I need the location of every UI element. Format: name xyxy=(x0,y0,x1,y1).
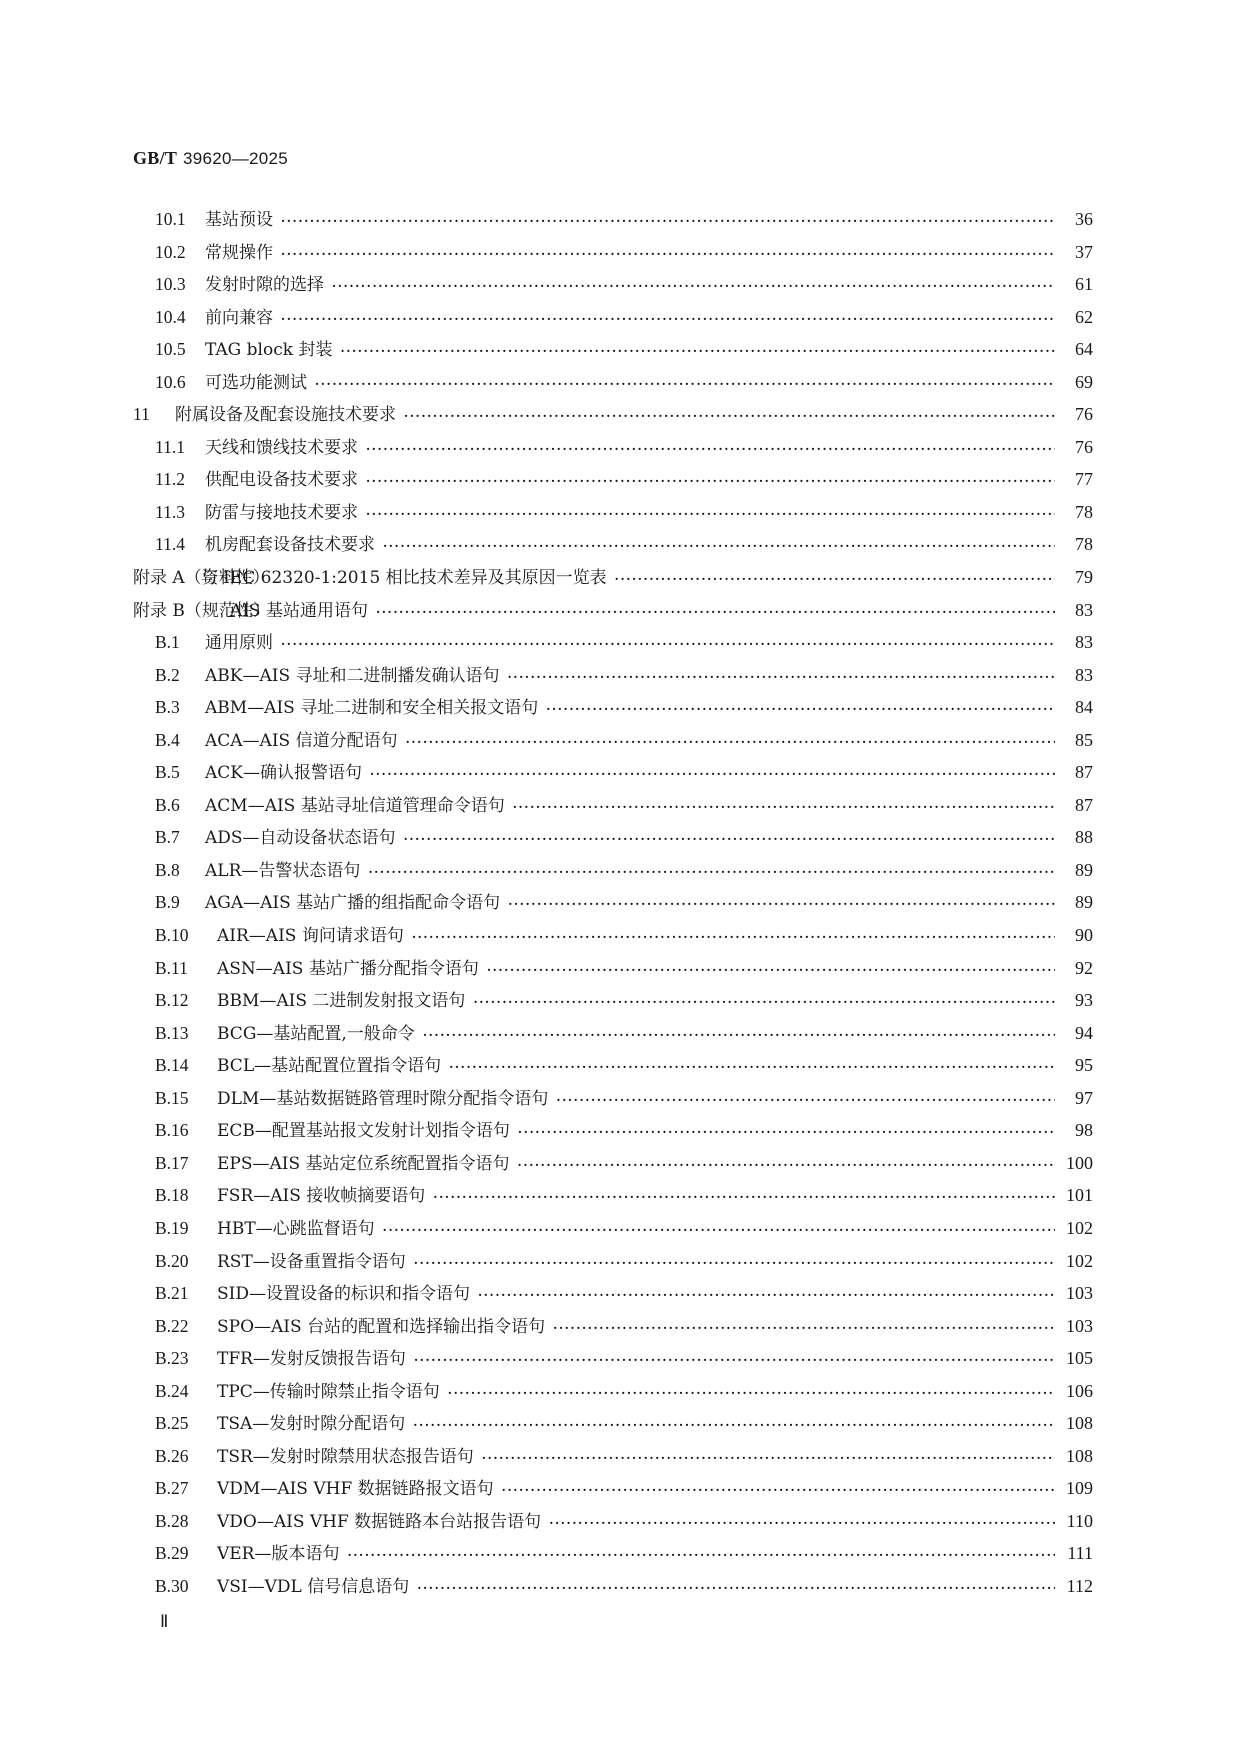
toc-entry-number: 10.5 xyxy=(155,339,205,360)
dot-leader xyxy=(546,702,1055,716)
toc-entry-title: 机房配套设备技术要求 xyxy=(205,530,375,555)
toc-entry-title: VER—版本语句 xyxy=(217,1539,340,1564)
toc-entry-title: BCG—基站配置,一般命令 xyxy=(217,1019,415,1044)
toc-entry-number: B.3 xyxy=(155,697,205,718)
toc-entry[interactable]: B.28VDO—AIS VHF 数据链路本台站报告语句110 xyxy=(133,1507,1093,1540)
toc-entry-number: 11 xyxy=(133,404,175,425)
standard-number: 39620—2025 xyxy=(183,149,288,168)
toc-entry-page: 87 xyxy=(1063,795,1093,816)
toc-entry-title: ABM—AIS 寻址二进制和安全相关报文语句 xyxy=(205,693,538,718)
toc-entry-title: ALR—告警状态语句 xyxy=(205,856,360,881)
toc-entry[interactable]: B.21SID—设置设备的标识和指令语句103 xyxy=(133,1279,1093,1312)
toc-entry-number: B.21 xyxy=(155,1283,217,1304)
toc-entry-title: FSR—AIS 接收帧摘要语句 xyxy=(217,1181,425,1206)
toc-entry-title: TAG block 封装 xyxy=(205,335,332,360)
dot-leader xyxy=(406,735,1055,749)
toc-entry-page: 87 xyxy=(1063,762,1093,783)
toc-entry[interactable]: B.2ABK—AIS 寻址和二进制播发确认语句83 xyxy=(133,661,1093,694)
toc-entry[interactable]: B.8ALR—告警状态语句89 xyxy=(133,856,1093,889)
toc-entry-page: 62 xyxy=(1063,307,1093,328)
toc-entry-title: ACK—确认报警语句 xyxy=(205,758,362,783)
toc-entry[interactable]: B.5ACK—确认报警语句87 xyxy=(133,758,1093,791)
toc-entry-page: 93 xyxy=(1063,990,1093,1011)
toc-entry-title: TSR—发射时隙禁用状态报告语句 xyxy=(217,1442,474,1467)
toc-entry[interactable]: B.18FSR—AIS 接收帧摘要语句101 xyxy=(133,1181,1093,1214)
toc-entry[interactable]: B.23TFR—发射反馈报告语句105 xyxy=(133,1344,1093,1377)
dot-leader xyxy=(615,572,1055,586)
toc-entry-page: 89 xyxy=(1063,892,1093,913)
toc-entry-number: B.27 xyxy=(155,1478,217,1499)
toc-entry-number: B.17 xyxy=(155,1153,217,1174)
toc-entry-title: BBM—AIS 二进制发射报文语句 xyxy=(217,986,465,1011)
toc-entry[interactable]: 11.4机房配套设备技术要求78 xyxy=(133,530,1093,563)
toc-entry-number: B.9 xyxy=(155,892,205,913)
toc-entry-title: TPC—传输时隙禁止指令语句 xyxy=(217,1377,440,1402)
toc-entry[interactable]: B.19HBT—心跳监督语句102 xyxy=(133,1214,1093,1247)
dot-leader xyxy=(332,279,1055,293)
toc-entry-page: 98 xyxy=(1063,1120,1093,1141)
toc-entry[interactable]: B.3ABM—AIS 寻址二进制和安全相关报文语句84 xyxy=(133,693,1093,726)
toc-entry[interactable]: B.16ECB—配置基站报文发射计划指令语句98 xyxy=(133,1116,1093,1149)
dot-leader xyxy=(281,637,1055,651)
toc-entry-number: B.15 xyxy=(155,1088,217,1109)
toc-entry[interactable]: B.14BCL—基站配置位置指令语句95 xyxy=(133,1051,1093,1084)
toc-entry-number: B.23 xyxy=(155,1348,217,1369)
toc-entry[interactable]: 11附属设备及配套设施技术要求76 xyxy=(133,400,1093,433)
standard-prefix: GB/T xyxy=(133,148,177,168)
toc-entry[interactable]: B.27VDM—AIS VHF 数据链路报文语句109 xyxy=(133,1474,1093,1507)
toc-entry-number: B.2 xyxy=(155,665,205,686)
toc-entry[interactable]: B.4ACA—AIS 信道分配语句85 xyxy=(133,726,1093,759)
toc-entry-page: 61 xyxy=(1063,274,1093,295)
toc-entry-number: B.4 xyxy=(155,730,205,751)
toc-entry-page: 102 xyxy=(1063,1218,1093,1239)
toc-entry-page: 110 xyxy=(1063,1511,1093,1532)
toc-entry[interactable]: B.20RST—设备重置指令语句102 xyxy=(133,1247,1093,1280)
toc-entry[interactable]: 10.2常规操作37 xyxy=(133,238,1093,271)
dot-leader xyxy=(348,1548,1056,1562)
toc-entry-number: B.22 xyxy=(155,1316,217,1337)
toc-entry-page: 84 xyxy=(1063,697,1093,718)
dot-leader xyxy=(553,1321,1055,1335)
dot-leader xyxy=(518,1158,1055,1172)
toc-entry-number: 附录 A（资料性） xyxy=(133,563,187,588)
toc-entry-page: 111 xyxy=(1063,1543,1093,1564)
toc-entry-page: 88 xyxy=(1063,827,1093,848)
toc-entry-page: 109 xyxy=(1063,1478,1093,1499)
toc-entry-title: TFR—发射反馈报告语句 xyxy=(217,1344,406,1369)
toc-entry[interactable]: 附录 A（资料性）与 IEC 62320-1:2015 相比技术差异及其原因一览… xyxy=(133,563,1093,596)
dot-leader xyxy=(502,1483,1055,1497)
dot-leader xyxy=(549,1516,1055,1530)
toc-entry-page: 77 xyxy=(1063,469,1093,490)
toc-entry-number: B.12 xyxy=(155,990,217,1011)
dot-leader xyxy=(281,214,1055,228)
toc-entry[interactable]: 10.4前向兼容62 xyxy=(133,303,1093,336)
toc-entry-page: 79 xyxy=(1063,567,1093,588)
toc-entry-number: B.5 xyxy=(155,762,205,783)
toc-entry[interactable]: 11.2供配电设备技术要求77 xyxy=(133,465,1093,498)
toc-entry-number: 10.4 xyxy=(155,307,205,328)
toc-entry[interactable]: B.13BCG—基站配置,一般命令94 xyxy=(133,1019,1093,1052)
toc-entry-page: 102 xyxy=(1063,1251,1093,1272)
toc-entry[interactable]: B.15DLM—基站数据链路管理时隙分配指令语句97 xyxy=(133,1084,1093,1117)
toc-entry-page: 85 xyxy=(1063,730,1093,751)
toc-entry-title: 通用原则 xyxy=(205,628,273,653)
toc-entry-page: 103 xyxy=(1063,1316,1093,1337)
toc-entry-page: 108 xyxy=(1063,1413,1093,1434)
toc-entry[interactable]: 11.3防雷与接地技术要求78 xyxy=(133,498,1093,531)
dot-leader xyxy=(404,409,1055,423)
toc-entry-title: 发射时隙的选择 xyxy=(205,270,324,295)
dot-leader xyxy=(404,832,1055,846)
toc-entry-number: B.26 xyxy=(155,1446,217,1467)
toc-entry-number: 11.4 xyxy=(155,534,205,555)
toc-entry-title: AIS 基站通用语句 xyxy=(230,596,368,621)
toc-entry-title: AIR—AIS 询问请求语句 xyxy=(217,921,404,946)
toc-entry-page: 78 xyxy=(1063,534,1093,555)
dot-leader xyxy=(556,1093,1055,1107)
toc-entry-title: BCL—基站配置位置指令语句 xyxy=(217,1051,441,1076)
toc-entry-page: 92 xyxy=(1063,958,1093,979)
toc-entry-number: 10.1 xyxy=(155,209,205,230)
toc-entry-page: 64 xyxy=(1063,339,1093,360)
toc-entry-title: AGA—AIS 基站广播的组指配命令语句 xyxy=(205,888,500,913)
toc-entry-page: 37 xyxy=(1063,242,1093,263)
toc-entry-page: 69 xyxy=(1063,372,1093,393)
toc-entry[interactable]: B.9AGA—AIS 基站广播的组指配命令语句89 xyxy=(133,888,1093,921)
dot-leader xyxy=(508,670,1055,684)
toc-entry-title: ACA—AIS 信道分配语句 xyxy=(205,726,398,751)
dot-leader xyxy=(376,605,1055,619)
toc-entry-title: TSA—发射时隙分配语句 xyxy=(217,1409,405,1434)
dot-leader xyxy=(315,377,1055,391)
toc-entry-page: 83 xyxy=(1063,665,1093,686)
toc-entry-number: B.1 xyxy=(155,632,205,653)
toc-entry-title: ASN—AIS 基站广播分配指令语句 xyxy=(217,954,479,979)
toc-entry-page: 94 xyxy=(1063,1023,1093,1044)
toc-entry-number: B.20 xyxy=(155,1251,217,1272)
toc-entry-number: 10.2 xyxy=(155,242,205,263)
toc-entry-number: 10.6 xyxy=(155,372,205,393)
toc-entry-title: VSI—VDL 信号信息语句 xyxy=(217,1572,409,1597)
toc-entry-number: B.28 xyxy=(155,1511,217,1532)
toc-entry[interactable]: B.10AIR—AIS 询问请求语句90 xyxy=(133,921,1093,954)
dot-leader xyxy=(513,800,1055,814)
toc-entry-page: 100 xyxy=(1063,1153,1093,1174)
dot-leader xyxy=(423,1028,1055,1042)
toc-entry-number: B.7 xyxy=(155,827,205,848)
toc-entry[interactable]: 10.1基站预设36 xyxy=(133,205,1093,238)
toc-entry-number: B.14 xyxy=(155,1055,217,1076)
toc-entry-page: 36 xyxy=(1063,209,1093,230)
document-header: GB/T 39620—2025 xyxy=(133,148,288,169)
toc-entry-title: SPO—AIS 台站的配置和选择输出指令语句 xyxy=(217,1312,545,1337)
toc-entry-title: 附属设备及配套设施技术要求 xyxy=(175,400,396,425)
toc-entry-page: 83 xyxy=(1063,600,1093,621)
dot-leader xyxy=(518,1125,1055,1139)
toc-entry-page: 78 xyxy=(1063,502,1093,523)
dot-leader xyxy=(340,344,1055,358)
toc-entry-number: B.19 xyxy=(155,1218,217,1239)
toc-entry[interactable]: B.29VER—版本语句111 xyxy=(133,1539,1093,1572)
dot-leader xyxy=(414,1353,1055,1367)
dot-leader xyxy=(414,1256,1055,1270)
toc-entry[interactable]: B.17EPS—AIS 基站定位系统配置指令语句100 xyxy=(133,1149,1093,1182)
toc-entry-title: RST—设备重置指令语句 xyxy=(217,1247,406,1272)
toc-entry-title: SID—设置设备的标识和指令语句 xyxy=(217,1279,470,1304)
toc-entry[interactable]: B.11ASN—AIS 基站广播分配指令语句92 xyxy=(133,954,1093,987)
toc-entry-number: 11.2 xyxy=(155,469,205,490)
toc-entry-title: VDM—AIS VHF 数据链路报文语句 xyxy=(217,1474,494,1499)
toc-entry-number: 11.1 xyxy=(155,437,205,458)
toc-entry[interactable]: B.22SPO—AIS 台站的配置和选择输出指令语句103 xyxy=(133,1312,1093,1345)
toc-entry-number: B.29 xyxy=(155,1543,217,1564)
dot-leader xyxy=(508,897,1055,911)
toc-entry-number: B.30 xyxy=(155,1576,217,1597)
dot-leader xyxy=(366,474,1055,488)
toc-entry-page: 89 xyxy=(1063,860,1093,881)
toc-entry-number: B.6 xyxy=(155,795,205,816)
toc-entry-title: 前向兼容 xyxy=(205,303,273,328)
dot-leader xyxy=(433,1190,1055,1204)
toc-entry-number: 附录 B（规范性） xyxy=(133,596,216,621)
toc-entry-title: 防雷与接地技术要求 xyxy=(205,498,358,523)
toc-entry-title: DLM—基站数据链路管理时隙分配指令语句 xyxy=(217,1084,548,1109)
dot-leader xyxy=(370,767,1055,781)
toc-entry[interactable]: 附录 B（规范性）AIS 基站通用语句83 xyxy=(133,596,1093,629)
toc-entry-title: 与 IEC 62320-1:2015 相比技术差异及其原因一览表 xyxy=(201,563,607,588)
toc-entry-title: HBT—心跳监督语句 xyxy=(217,1214,375,1239)
toc-entry[interactable]: B.12BBM—AIS 二进制发射报文语句93 xyxy=(133,986,1093,1019)
toc-entry-page: 112 xyxy=(1063,1576,1093,1597)
toc-entry[interactable]: 10.6可选功能测试69 xyxy=(133,368,1093,401)
table-of-contents: 10.1基站预设3610.2常规操作3710.3发射时隙的选择6110.4前向兼… xyxy=(133,205,1093,1605)
toc-entry[interactable]: 10.5TAG block 封装64 xyxy=(133,335,1093,368)
dot-leader xyxy=(366,507,1055,521)
toc-entry[interactable]: B.7ADS—自动设备状态语句88 xyxy=(133,823,1093,856)
toc-entry-page: 108 xyxy=(1063,1446,1093,1467)
dot-leader xyxy=(413,1418,1055,1432)
toc-entry[interactable]: B.24TPC—传输时隙禁止指令语句106 xyxy=(133,1377,1093,1410)
dot-leader xyxy=(383,539,1055,553)
dot-leader xyxy=(448,1386,1055,1400)
dot-leader xyxy=(449,1060,1055,1074)
dot-leader xyxy=(412,930,1055,944)
toc-entry[interactable]: B.25TSA—发射时隙分配语句108 xyxy=(133,1409,1093,1442)
toc-entry-title: 天线和馈线技术要求 xyxy=(205,433,358,458)
toc-entry[interactable]: B.30VSI—VDL 信号信息语句112 xyxy=(133,1572,1093,1605)
toc-entry-page: 106 xyxy=(1063,1381,1093,1402)
toc-entry-page: 105 xyxy=(1063,1348,1093,1369)
toc-entry-page: 90 xyxy=(1063,925,1093,946)
toc-entry-number: B.11 xyxy=(155,958,217,979)
dot-leader xyxy=(281,247,1055,261)
toc-entry-page: 95 xyxy=(1063,1055,1093,1076)
toc-entry-number: B.18 xyxy=(155,1185,217,1206)
toc-entry-number: 11.3 xyxy=(155,502,205,523)
dot-leader xyxy=(417,1581,1055,1595)
toc-entry-number: B.10 xyxy=(155,925,217,946)
toc-entry-page: 103 xyxy=(1063,1283,1093,1304)
toc-entry-page: 101 xyxy=(1063,1185,1093,1206)
toc-entry-number: B.25 xyxy=(155,1413,217,1434)
dot-leader xyxy=(368,865,1055,879)
toc-entry-title: ABK—AIS 寻址和二进制播发确认语句 xyxy=(205,661,500,686)
toc-entry-page: 76 xyxy=(1063,404,1093,425)
toc-entry-title: 常规操作 xyxy=(205,238,273,263)
toc-entry[interactable]: 11.1天线和馈线技术要求76 xyxy=(133,433,1093,466)
dot-leader xyxy=(473,995,1055,1009)
toc-entry-number: B.24 xyxy=(155,1381,217,1402)
dot-leader xyxy=(366,442,1055,456)
toc-entry[interactable]: B.1通用原则83 xyxy=(133,628,1093,661)
toc-entry[interactable]: B.26TSR—发射时隙禁用状态报告语句108 xyxy=(133,1442,1093,1475)
dot-leader xyxy=(487,963,1055,977)
dot-leader xyxy=(482,1451,1055,1465)
toc-entry-number: B.16 xyxy=(155,1120,217,1141)
toc-entry-title: ACM—AIS 基站寻址信道管理命令语句 xyxy=(205,791,505,816)
toc-entry-page: 83 xyxy=(1063,632,1093,653)
toc-entry-number: B.8 xyxy=(155,860,205,881)
dot-leader xyxy=(383,1223,1055,1237)
toc-entry-number: 10.3 xyxy=(155,274,205,295)
toc-entry-title: 基站预设 xyxy=(205,205,273,230)
toc-entry-title: VDO—AIS VHF 数据链路本台站报告语句 xyxy=(217,1507,541,1532)
dot-leader xyxy=(281,312,1055,326)
toc-entry-title: ADS—自动设备状态语句 xyxy=(205,823,396,848)
toc-entry[interactable]: 10.3发射时隙的选择61 xyxy=(133,270,1093,303)
toc-entry[interactable]: B.6ACM—AIS 基站寻址信道管理命令语句87 xyxy=(133,791,1093,824)
toc-entry-page: 97 xyxy=(1063,1088,1093,1109)
toc-entry-title: EPS—AIS 基站定位系统配置指令语句 xyxy=(217,1149,510,1174)
toc-entry-title: ECB—配置基站报文发射计划指令语句 xyxy=(217,1116,510,1141)
toc-entry-title: 供配电设备技术要求 xyxy=(205,465,358,490)
toc-entry-page: 76 xyxy=(1063,437,1093,458)
toc-entry-title: 可选功能测试 xyxy=(205,368,307,393)
dot-leader xyxy=(478,1288,1055,1302)
page-number: Ⅱ xyxy=(160,1612,168,1632)
toc-entry-number: B.13 xyxy=(155,1023,217,1044)
